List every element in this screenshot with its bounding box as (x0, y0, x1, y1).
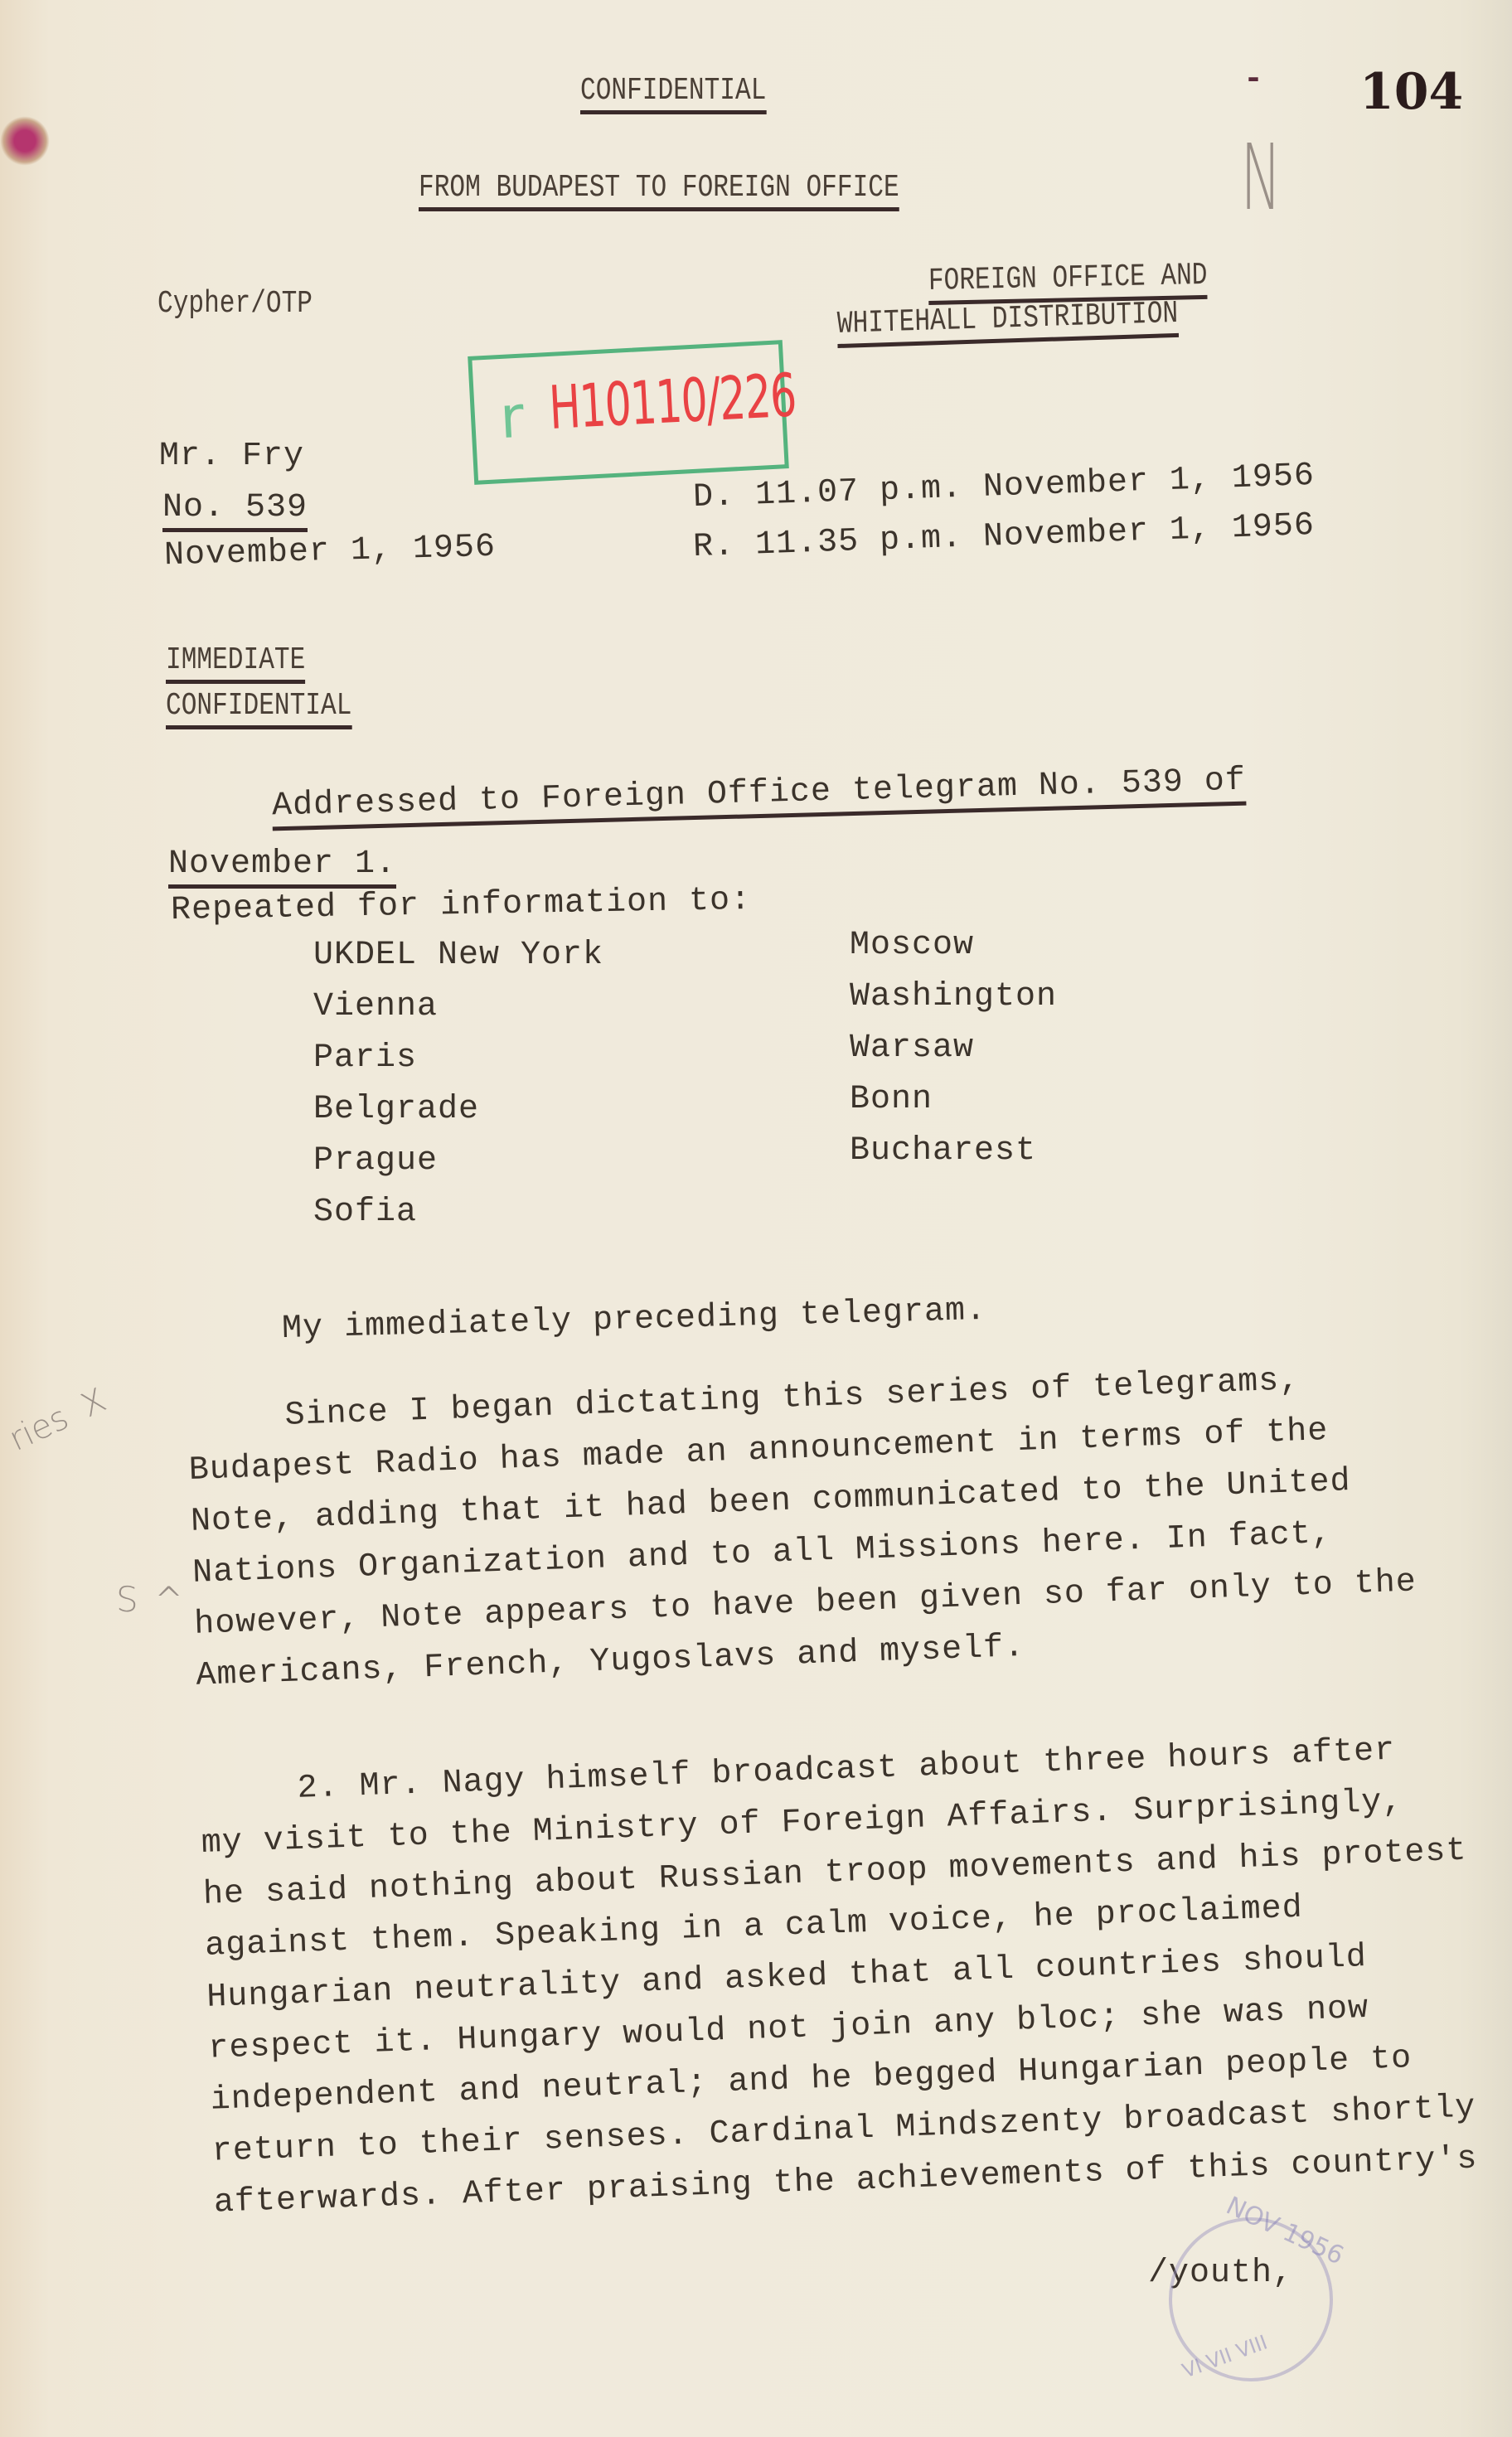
recipient: Prague (313, 1142, 603, 1194)
classification-top: CONFIDENTIAL (580, 73, 766, 114)
recipient: Warsaw (850, 1030, 1057, 1081)
stamp-reference: H10110/226 (547, 360, 797, 442)
margin-cross-mark: X (75, 1381, 112, 1425)
sender-date: November 1, 1956 (163, 529, 496, 574)
pencil-mark: N (1240, 124, 1281, 230)
stamp-mark: r (498, 383, 526, 452)
recipient: Bonn (850, 1081, 1057, 1132)
recipient: Washington (850, 978, 1057, 1030)
from-to-line: FROM BUDAPEST TO FOREIGN OFFICE (419, 170, 899, 211)
margin-caret-mark: ^ (154, 1579, 183, 1620)
addressed-line: Addressed to Foreign Office telegram No.… (272, 763, 1247, 831)
cypher-label: Cypher/OTP (157, 286, 313, 322)
received-time: R. 11.35 p.m. November 1, 1956 (692, 507, 1315, 566)
recipient: UKDEL New York (313, 937, 603, 988)
recipient: Belgrade (313, 1091, 603, 1142)
recipient: Paris (313, 1039, 603, 1091)
margin-note-text: ries (3, 1398, 75, 1459)
priority-immediate: IMMEDIATE (166, 642, 305, 684)
stamp-bottom-numerals: VI VII VIII (1179, 2331, 1270, 2383)
recipient: Vienna (313, 988, 603, 1039)
margin-note-text: S (116, 1579, 138, 1620)
page-number: 104 (1359, 63, 1463, 121)
addressed-date: November 1. (168, 845, 396, 889)
priority-confidential: CONFIDENTIAL (166, 688, 351, 729)
recipient: Sofia (313, 1194, 603, 1245)
recipients-right: Moscow Washington Warsaw Bonn Bucharest (850, 927, 1057, 1184)
stamp-month-year: NOV 1956 (1222, 2192, 1348, 2271)
sender-name: Mr. Fry (159, 438, 304, 475)
margin-note-s: S ^ (116, 1579, 183, 1620)
distribution-line2: WHITEHALL DISTRIBUTION (836, 296, 1178, 348)
registry-stamp: r H10110/226 (468, 340, 789, 485)
margin-note-ries: ries X (3, 1381, 112, 1459)
paragraph-2: 2. Mr. Nagy himself broadcast about thre… (199, 1730, 1479, 2236)
repeated-label: Repeated for information to: (171, 882, 752, 929)
paragraph-1: Since I began dictating this series of t… (187, 1359, 1419, 1709)
recipient: Bucharest (850, 1132, 1057, 1184)
recipients-left: UKDEL New York Vienna Paris Belgrade Pra… (313, 937, 603, 1245)
telegram-number: No. 539 (162, 489, 308, 532)
received-date-stamp: NOV 1956 VI VII VIII (1169, 2217, 1333, 2381)
page-dash: - (1243, 61, 1263, 99)
reference-line: My immediately preceding telegram. (282, 1292, 987, 1348)
treasury-tag-hole (0, 116, 50, 166)
recipient: Moscow (850, 927, 1057, 978)
